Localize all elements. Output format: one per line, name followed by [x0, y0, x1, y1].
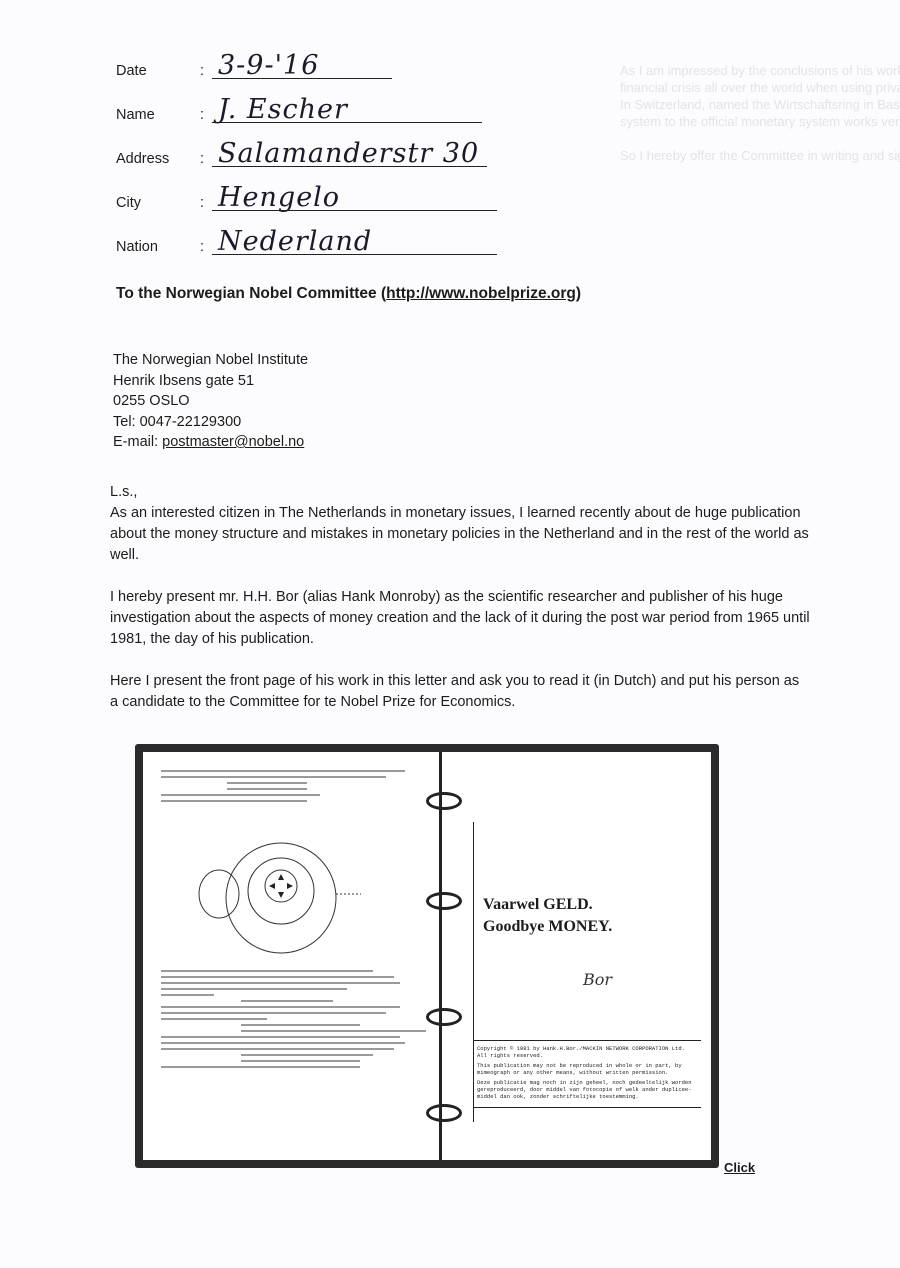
- date-label: Date: [116, 63, 200, 79]
- name-label: Name: [116, 107, 200, 123]
- form-row-date: Date : 3-9-'16: [116, 56, 392, 79]
- paragraph-3: Here I present the front page of his wor…: [110, 671, 810, 713]
- colon: :: [200, 239, 212, 255]
- email-label: E-mail:: [113, 434, 162, 450]
- left-page-text: [161, 966, 426, 1072]
- title-dutch: Vaarwel GELD.: [483, 894, 612, 916]
- left-page-scan: [161, 766, 426, 1156]
- copyright-notice: Copyright © 1981 by Hank.H.Bor./MACKIN N…: [473, 1040, 701, 1108]
- click-link[interactable]: Click: [724, 1160, 755, 1175]
- form-row-city: City : Hengelo: [116, 188, 497, 211]
- salutation: L.s.,: [110, 482, 810, 503]
- institute-name: The Norwegian Nobel Institute: [113, 350, 308, 371]
- nobelprize-link[interactable]: http://www.nobelprize.org: [386, 285, 576, 302]
- bleed-through-text: As I am impressed by the conclusions of …: [620, 62, 900, 164]
- recipient-address: The Norwegian Nobel Institute Henrik Ibs…: [113, 350, 308, 453]
- ghost-line: As I am impressed by the conclusions of …: [620, 62, 900, 79]
- city-value: Hengelo: [218, 182, 340, 213]
- address-label: Address: [116, 151, 200, 167]
- city-label: City: [116, 195, 200, 211]
- nation-label: Nation: [116, 239, 200, 255]
- email-line: E-mail: postmaster@nobel.no: [113, 432, 308, 453]
- paragraph-1: As an interested citizen in The Netherla…: [110, 503, 810, 566]
- binder-ring: [426, 892, 462, 910]
- copyright-line: Copyright © 1981 by Hank.H.Bor./MACKIN N…: [477, 1045, 697, 1059]
- ghost-line: system to the official monetary system w…: [620, 113, 900, 130]
- binder-pages: Vaarwel GELD. Goodbye MONEY. Bor Copyrig…: [143, 752, 711, 1160]
- date-field[interactable]: 3-9-'16: [212, 56, 392, 79]
- scanned-letter-page: As I am impressed by the conclusions of …: [0, 0, 900, 1268]
- cover-page: Vaarwel GELD. Goodbye MONEY. Bor Copyrig…: [463, 812, 693, 1092]
- binder-ring: [426, 1104, 462, 1122]
- form-row-name: Name : J. Escher: [116, 100, 482, 123]
- ghost-line: In Switzerland, named the Wirtschaftsrin…: [620, 96, 900, 113]
- name-field[interactable]: J. Escher: [212, 100, 482, 123]
- form-row-address: Address : Salamanderstr 30: [116, 144, 487, 167]
- heading-text: To the Norwegian Nobel Committee (: [116, 285, 386, 302]
- letter-heading: To the Norwegian Nobel Committee (http:/…: [116, 285, 581, 303]
- copyright-line: Deze publicatie mag noch in zijn geheel,…: [477, 1079, 697, 1100]
- circle-diagram: [181, 836, 381, 956]
- binder-ring: [426, 792, 462, 810]
- city-field[interactable]: Hengelo: [212, 188, 497, 211]
- street: Henrik Ibsens gate 51: [113, 371, 308, 392]
- colon: :: [200, 107, 212, 123]
- nation-field[interactable]: Nederland: [212, 232, 497, 255]
- telephone: Tel: 0047-22129300: [113, 412, 308, 433]
- name-value: J. Escher: [218, 94, 348, 125]
- binder-spine: [439, 752, 442, 1160]
- address-field[interactable]: Salamanderstr 30: [212, 144, 487, 167]
- address-value: Salamanderstr 30: [218, 138, 479, 169]
- colon: :: [200, 63, 212, 79]
- colon: :: [200, 195, 212, 211]
- title-english: Goodbye MONEY.: [483, 916, 612, 938]
- heading-close: ): [576, 285, 581, 302]
- book-photo: Vaarwel GELD. Goodbye MONEY. Bor Copyrig…: [135, 744, 719, 1168]
- ghost-line: financial crisis all over the world when…: [620, 79, 900, 96]
- colon: :: [200, 151, 212, 167]
- form-row-nation: Nation : Nederland: [116, 232, 497, 255]
- ghost-line: So I hereby offer the Committee in writi…: [620, 147, 900, 164]
- ghost-spacer: [620, 130, 900, 147]
- nation-value: Nederland: [218, 226, 372, 257]
- letter-body: L.s., As an interested citizen in The Ne…: [110, 482, 810, 734]
- binder-ring: [426, 1008, 462, 1026]
- book-title: Vaarwel GELD. Goodbye MONEY.: [483, 894, 612, 938]
- author-signature: Bor: [583, 970, 612, 989]
- paragraph-2: I hereby present mr. H.H. Bor (alias Han…: [110, 587, 810, 650]
- postal-city: 0255 OSLO: [113, 391, 308, 412]
- date-value: 3-9-'16: [218, 50, 319, 81]
- email-link[interactable]: postmaster@nobel.no: [162, 434, 304, 450]
- copyright-line: This publication may not be reproduced i…: [477, 1062, 697, 1076]
